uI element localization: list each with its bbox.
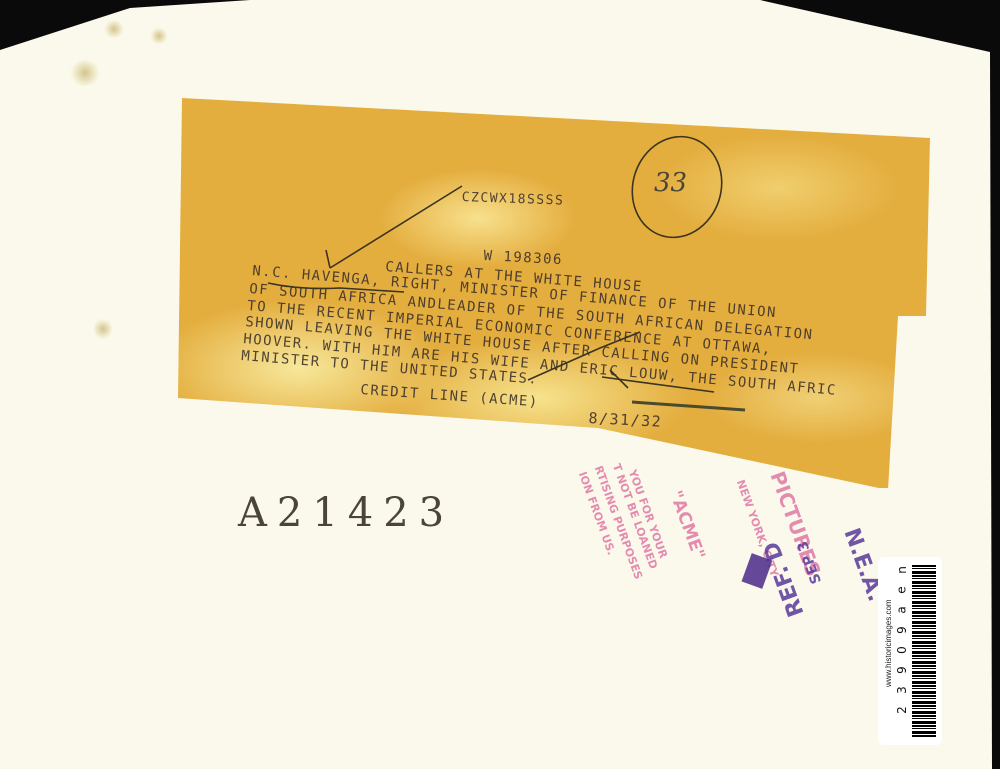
barcode-char: e <box>895 586 909 593</box>
barcode-char: a <box>895 606 909 613</box>
foxing-stain <box>150 28 168 44</box>
handwritten-reference: A21423 <box>238 490 454 536</box>
barcode-char: 9 <box>895 626 909 634</box>
barcode-label: n e a 9 0 9 3 2 www.historicimages.com <box>878 557 942 745</box>
barcode <box>912 565 936 737</box>
foxing-stain <box>94 318 112 340</box>
foxing-stain <box>104 20 124 38</box>
barcode-characters: n e a 9 0 9 3 2 <box>895 563 909 717</box>
barcode-char: 2 <box>895 706 909 714</box>
barcode-char: 3 <box>895 686 909 694</box>
barcode-url: www.historicimages.com <box>884 507 893 687</box>
barcode-char: 0 <box>895 646 909 654</box>
barcode-char: n <box>895 566 909 574</box>
barcode-char: 9 <box>895 666 909 674</box>
foxing-stain <box>70 60 100 86</box>
